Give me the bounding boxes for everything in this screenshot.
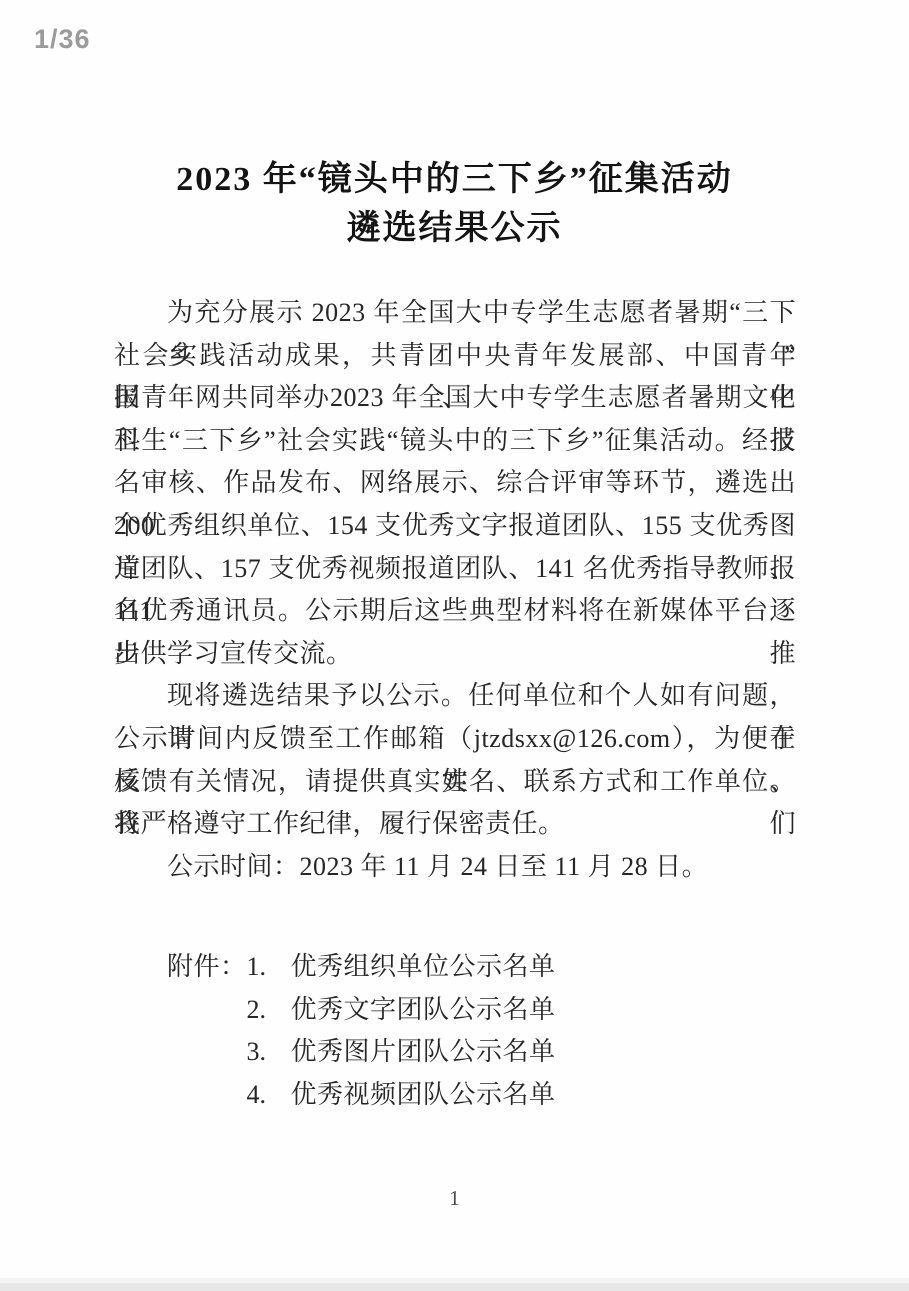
body-line: 国青年网共同举办2023 年全国大中专学生志愿者暑期文化科技 [114,377,796,420]
title-line-1: 2023 年“镜头中的三下乡”征集活动 [0,155,909,204]
page-bottom-edge-dark [0,1283,909,1291]
attachment-number: 3. [247,1031,291,1074]
body-line: 反馈有关情况，请提供真实姓名、联系方式和工作单位。我们 [114,761,796,804]
page-counter: 1/36 [34,24,91,55]
attachments-label: 附件： [167,946,247,1116]
body-line: 公示时间内反馈至工作邮箱（jtzdsxx@126.com），为便于核实、 [114,718,796,761]
body-line: 现将遴选结果予以公示。任何单位和个人如有问题，请在 [114,675,796,718]
attachment-item: 2.优秀文字团队公示名单 [247,989,796,1032]
body-line: 名优秀通讯员。公示期后这些典型材料将在新媒体平台逐步推 [114,590,796,633]
title-line-2: 遴选结果公示 [0,204,909,253]
body-line: 个优秀组织单位、154 支优秀文字报道团队、155 支优秀图片报 [114,505,796,548]
attachment-number: 4. [247,1074,291,1117]
body-line: 名审核、作品发布、网络展示、综合评审等环节，遴选出 200 [114,462,796,505]
attachment-text: 优秀文字团队公示名单 [291,995,556,1024]
body-line: 道团队、157 支优秀视频报道团队、141 名优秀指导教师、111 [114,548,796,591]
attachment-item: 3.优秀图片团队公示名单 [247,1031,796,1074]
page-number: 1 [0,1186,909,1211]
attachments-list: 1.优秀组织单位公示名单 2.优秀文字团队公示名单 3.优秀图片团队公示名单 4… [247,946,796,1116]
attachment-number: 2. [247,989,291,1032]
attachments-block: 附件： 1.优秀组织单位公示名单 2.优秀文字团队公示名单 3.优秀图片团队公示… [114,946,796,1116]
attachment-text: 优秀图片团队公示名单 [291,1037,556,1066]
body-line: 为充分展示 2023 年全国大中专学生志愿者暑期“三下乡” [114,292,796,335]
attachment-item: 1.优秀组织单位公示名单 [247,946,796,989]
document-body: 为充分展示 2023 年全国大中专学生志愿者暑期“三下乡” 社会实践活动成果，共… [114,292,796,888]
body-line: 卫生“三下乡”社会实践“镜头中的三下乡”征集活动。经报 [114,420,796,463]
attachment-number: 1. [247,946,291,989]
document-title: 2023 年“镜头中的三下乡”征集活动 遴选结果公示 [0,155,909,253]
document-page: 1/36 2023 年“镜头中的三下乡”征集活动 遴选结果公示 为充分展示 20… [0,0,909,1291]
body-line: 社会实践活动成果，共青团中央青年发展部、中国青年报、中 [114,335,796,378]
attachment-item: 4.优秀视频团队公示名单 [247,1074,796,1117]
body-line-publicity-period: 公示时间：2023 年 11 月 24 日至 11 月 28 日。 [114,846,796,889]
attachment-text: 优秀组织单位公示名单 [291,952,556,981]
attachment-text: 优秀视频团队公示名单 [291,1080,556,1109]
